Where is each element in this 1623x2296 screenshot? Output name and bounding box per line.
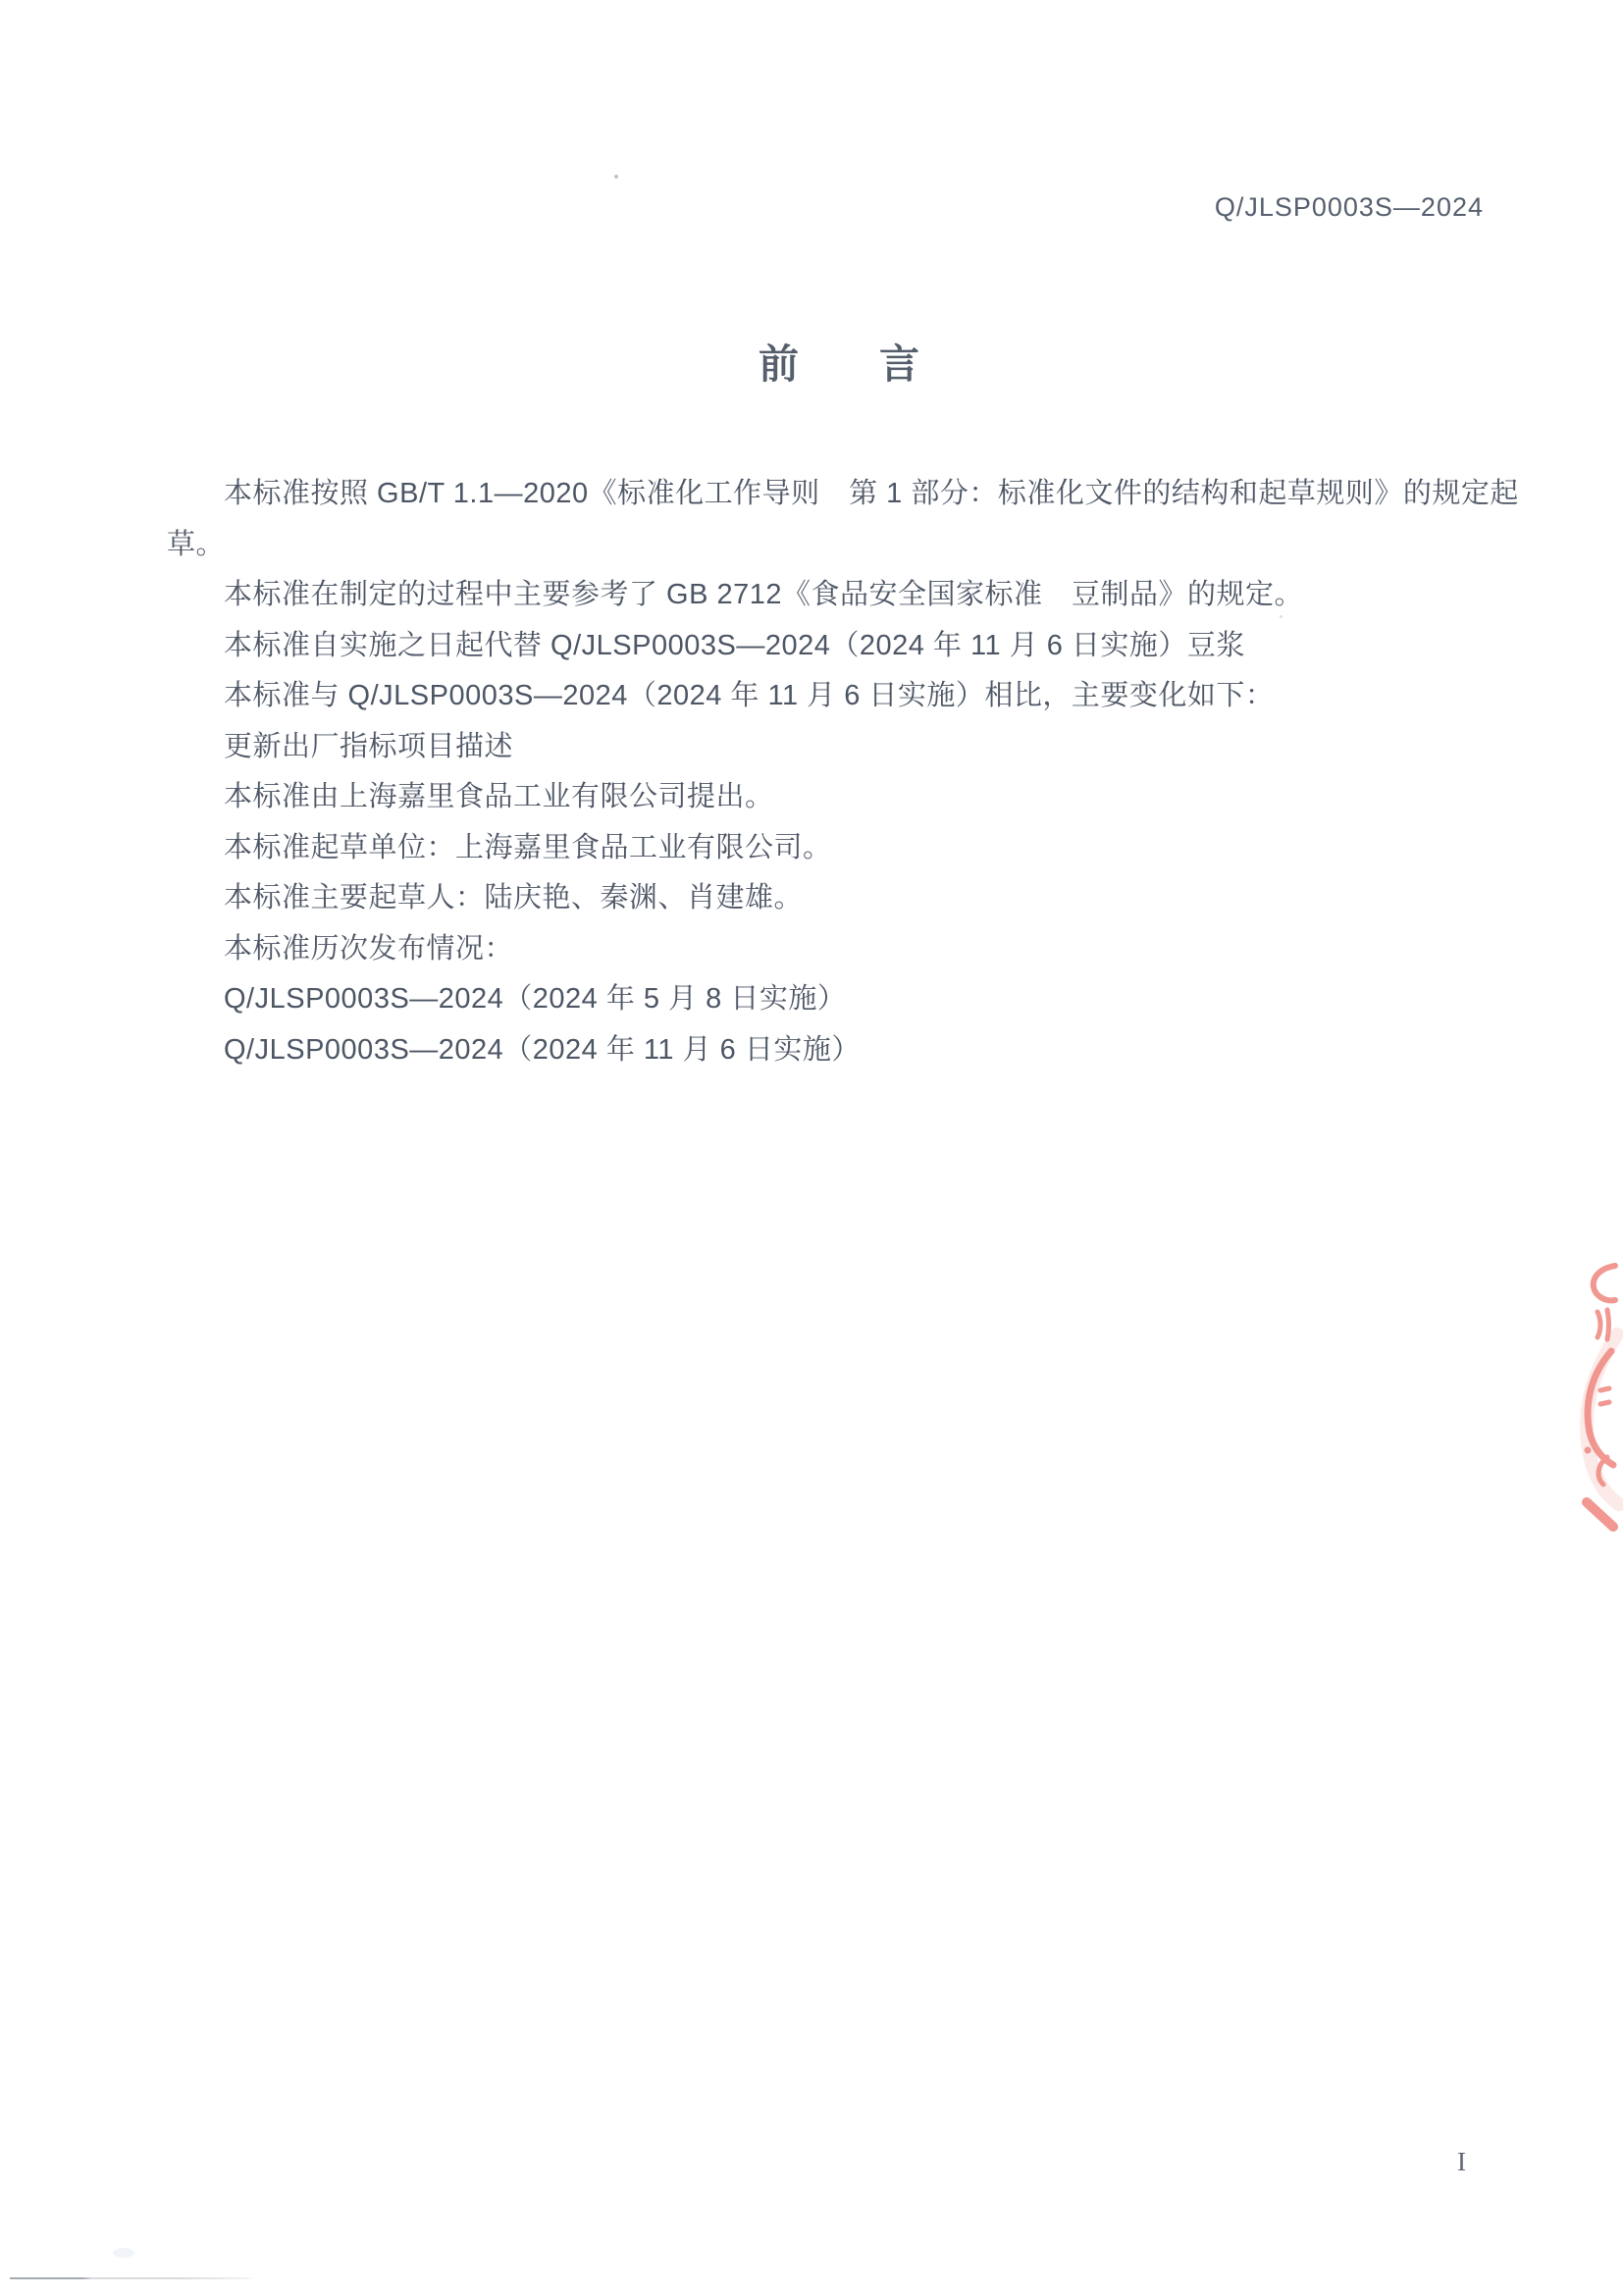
scan-artifact-line (10, 2277, 251, 2279)
body-line: 本标准由上海嘉里食品工业有限公司提出。 (167, 772, 1492, 823)
red-seal-stamp-icon (1574, 1241, 1623, 1536)
body-line: 更新出厂指标项目描述 (167, 722, 1492, 773)
page-title: 前 言 (759, 332, 919, 390)
page-number: I (1457, 2147, 1466, 2177)
scan-speck (1280, 615, 1283, 618)
doc-number: Q/JLSP0003S—2024 (1215, 192, 1484, 223)
body-line: Q/JLSP0003S—2024（2024 年 11 月 6 日实施） (167, 1025, 1492, 1076)
body-line: Q/JLSP0003S—2024（2024 年 5 月 8 日实施） (167, 974, 1492, 1025)
body-line: 本标准自实施之日起代替 Q/JLSP0003S—2024（2024 年 11 月… (167, 621, 1492, 672)
body-line: 本标准历次发布情况： (167, 924, 1492, 975)
foreword-body: 本标准按照 GB/T 1.1—2020《标准化工作导则 第 1 部分：标准化文件… (167, 469, 1492, 1075)
body-line: 本标准主要起草人：陆庆艳、秦渊、肖建雄。 (167, 873, 1492, 924)
body-line: 本标准起草单位：上海嘉里食品工业有限公司。 (167, 823, 1492, 874)
document-page: { "header": { "doc_number": "Q/JLSP0003S… (0, 0, 1623, 2296)
body-line: 本标准与 Q/JLSP0003S—2024（2024 年 11 月 6 日实施）… (167, 671, 1492, 722)
scan-smudge (113, 2248, 134, 2258)
body-line: 本标准在制定的过程中主要参考了 GB 2712《食品安全国家标准 豆制品》的规定… (167, 570, 1492, 621)
scan-speck (614, 175, 618, 179)
body-line: 草。 (167, 520, 1492, 571)
body-line: 本标准按照 GB/T 1.1—2020《标准化工作导则 第 1 部分：标准化文件… (167, 469, 1492, 520)
